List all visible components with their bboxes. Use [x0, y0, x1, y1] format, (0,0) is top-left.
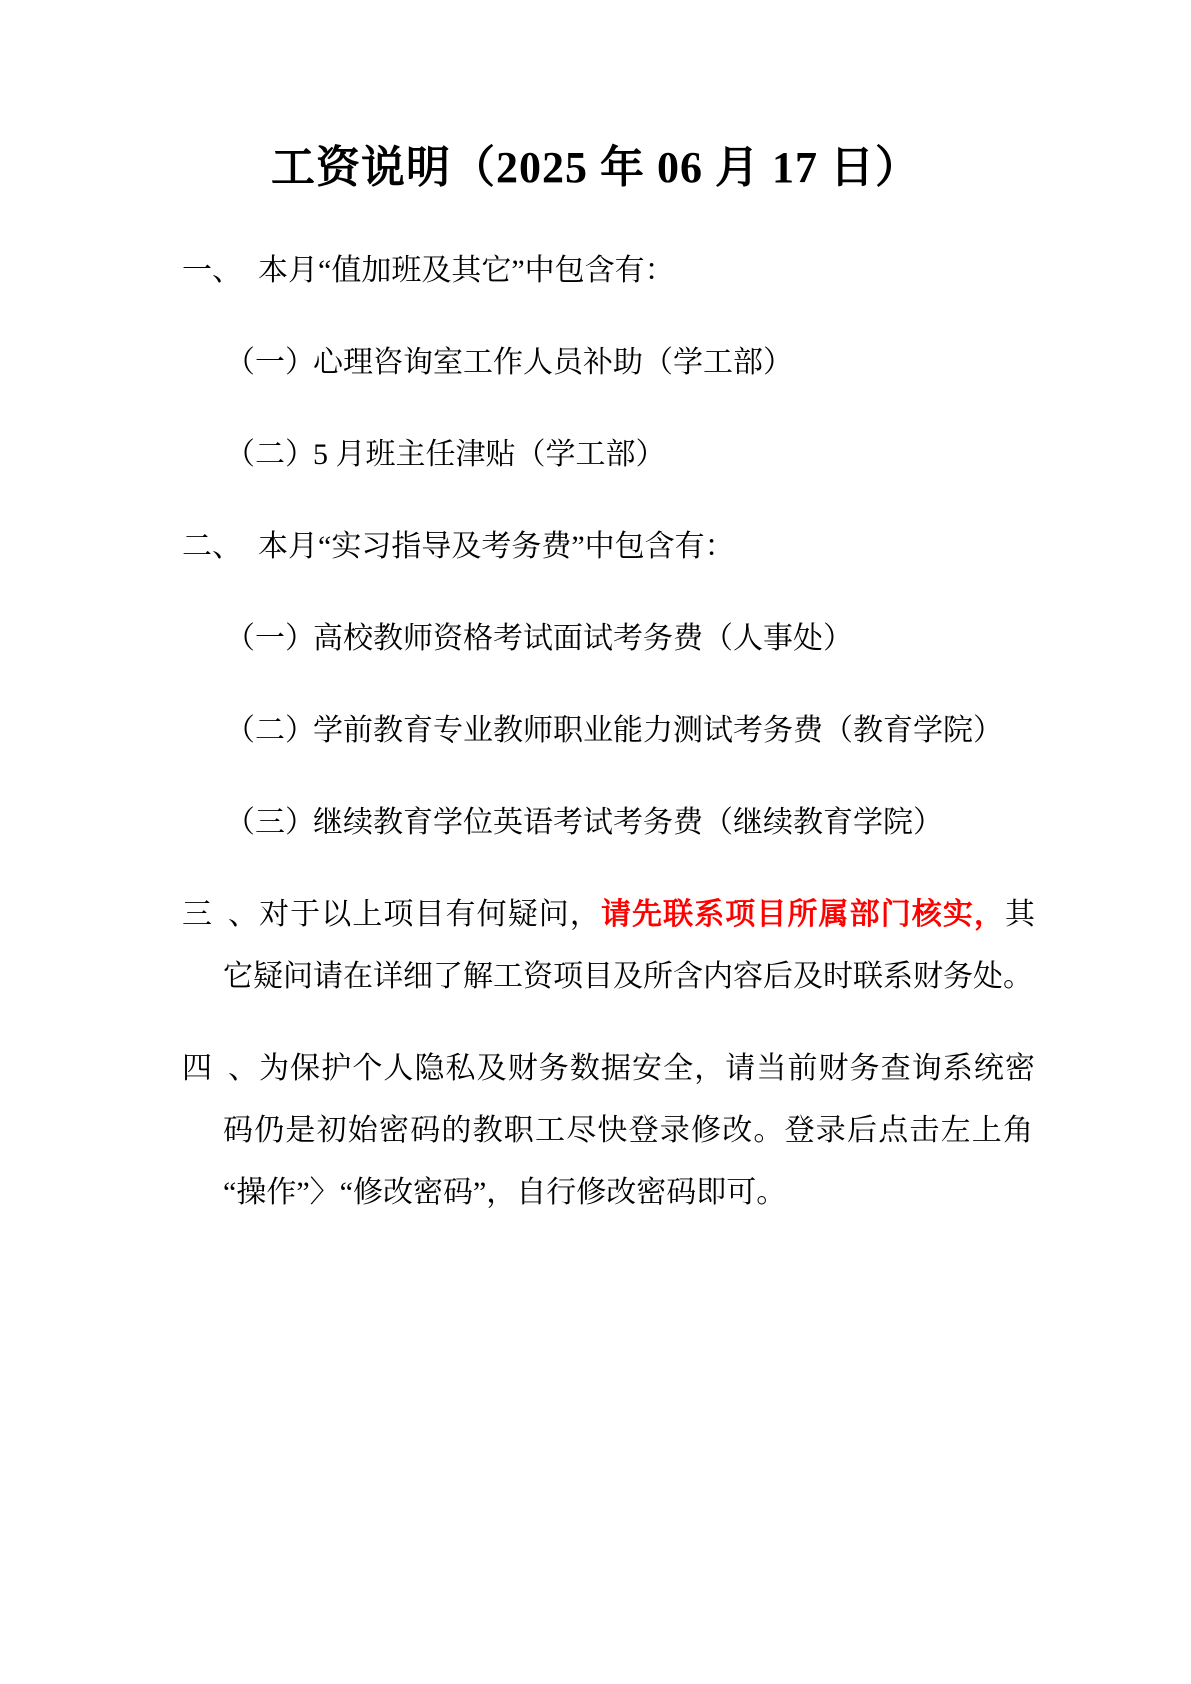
section-3-line-1: 三、对于以上项目有何疑问，请先联系项目所属部门核实，其: [182, 898, 1035, 932]
section-1-item-1: （一）心理咨询室工作人员补助（学工部）: [225, 346, 1191, 380]
section-1-heading-text: 本月“值加班及其它”中包含有：: [258, 254, 675, 287]
section-3-line-2: 它疑问请在详细了解工资项目及所含内容后及时联系财务处。: [223, 960, 1191, 994]
section-1-item-1-text: 心理咨询室工作人员补助（学工部）: [313, 346, 793, 379]
section-2-heading-text: 本月“实习指导及考务费”中包含有：: [258, 530, 735, 563]
section-1-item-2: （二）5 月班主任津贴（学工部）: [225, 438, 1191, 472]
section-2-item-3: （三）继续教育学位英语考试考务费（继续教育学院）: [225, 806, 1191, 840]
section-2-item-1-text: 高校教师资格考试面试考务费（人事处）: [313, 622, 853, 655]
section-2-item-2-number: （二）: [225, 714, 313, 748]
section-1-item-1-number: （一）: [225, 346, 313, 380]
section-4-line-2: 码仍是初始密码的教职工尽快登录修改。登录后点击左上角: [223, 1114, 1033, 1148]
section-2-item-2: （二）学前教育专业教师职业能力测试考务费（教育学院）: [225, 714, 1191, 748]
section-2-item-2-text: 学前教育专业教师职业能力测试考务费（教育学院）: [313, 714, 1003, 747]
section-2-item-3-text: 继续教育学位英语考试考务费（继续教育学院）: [313, 806, 943, 839]
section-3-text-suffix: 其: [1005, 898, 1035, 931]
section-4-number: 四、: [182, 1052, 258, 1086]
section-2-item-3-number: （三）: [225, 806, 313, 840]
section-1-item-2-number: （二）: [225, 438, 313, 472]
document-page: 工资说明（2025 年 06 月 17 日） 一、本月“值加班及其它”中包含有：…: [0, 0, 1191, 1684]
section-2-heading: 二、本月“实习指导及考务费”中包含有：: [182, 530, 1191, 564]
section-2-item-1: （一）高校教师资格考试面试考务费（人事处）: [225, 622, 1191, 656]
section-1-number: 一、: [182, 254, 258, 288]
section-1-item-2-text: 5 月班主任津贴（学工部）: [313, 438, 666, 471]
section-1-heading: 一、本月“值加班及其它”中包含有：: [182, 254, 1191, 288]
section-3-number: 三、: [182, 898, 258, 932]
section-4-line-1: 四、为保护个人隐私及财务数据安全，请当前财务查询系统密: [182, 1052, 1035, 1086]
section-3-highlighted-text: 请先联系项目所属部门核实，: [601, 898, 1005, 931]
page-title: 工资说明（2025 年 06 月 17 日）: [0, 140, 1191, 196]
section-4-line-3: “操作”〉“修改密码”，自行修改密码即可。: [223, 1176, 1191, 1210]
section-2-item-1-number: （一）: [225, 622, 313, 656]
section-4-text-line-1: 为保护个人隐私及财务数据安全，请当前财务查询系统密: [258, 1052, 1035, 1085]
section-3-text-prefix: 对于以上项目有何疑问，: [258, 898, 601, 931]
section-2-number: 二、: [182, 530, 258, 564]
